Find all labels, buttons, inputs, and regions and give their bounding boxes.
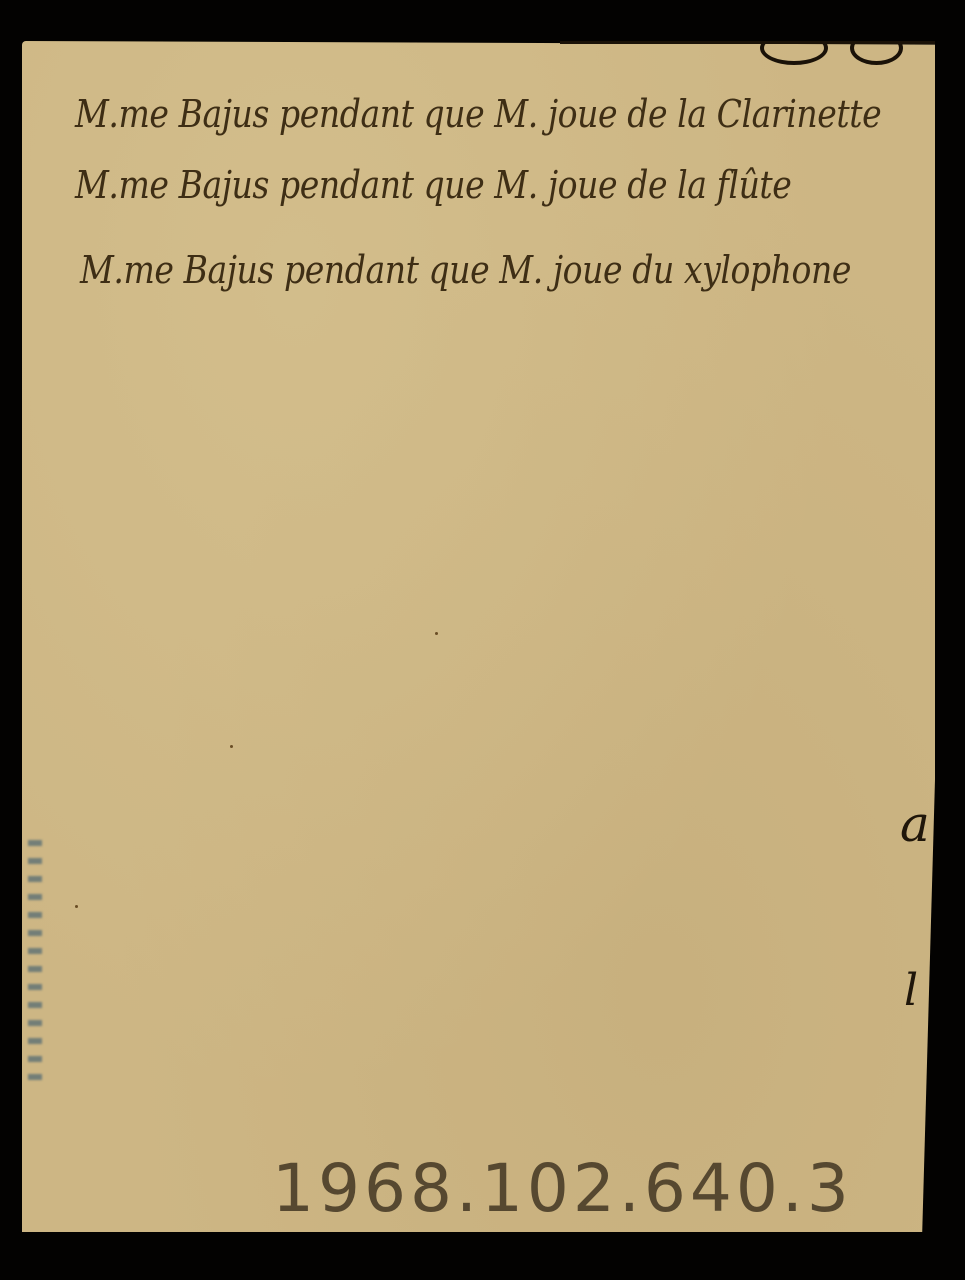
ornament-swirl: [760, 41, 828, 65]
handwritten-line-3: M.me Bajus pendant que M. joue du xyloph…: [80, 248, 851, 292]
edge-text-fragment: a: [900, 795, 930, 853]
ornament-swirl: [850, 41, 903, 65]
accession-number: 1968.102.640.3: [272, 1150, 853, 1227]
paper-spot: [230, 745, 233, 748]
paper-spot: [435, 632, 438, 635]
edge-text-fragment: l: [904, 965, 918, 1016]
handwritten-line-2: M.me Bajus pendant que M. joue de la flû…: [75, 163, 791, 207]
paper-card: [22, 41, 935, 1232]
blue-ink-stain: [28, 840, 42, 1080]
printed-ornament-fragment: [560, 41, 935, 71]
paper-spot: [75, 905, 78, 908]
handwritten-line-1: M.me Bajus pendant que M. joue de la Cla…: [75, 92, 881, 136]
